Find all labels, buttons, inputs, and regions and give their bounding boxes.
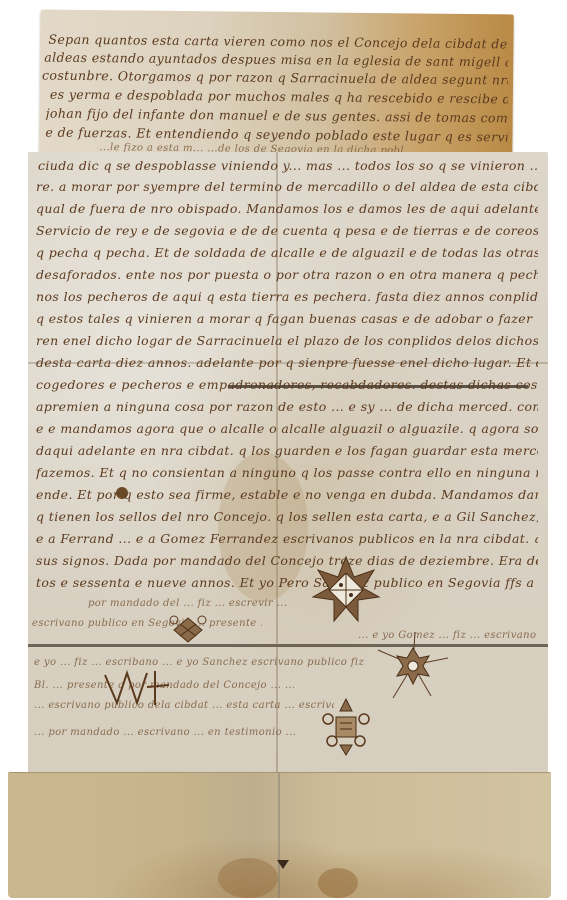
flap-line: es yerma e despoblada por muchos males q…	[50, 87, 508, 107]
subscription-line: ... por mandado ... escrivano ... en tes…	[34, 727, 534, 738]
signum-knot-icon	[166, 612, 210, 648]
signum-star-icon	[311, 555, 381, 625]
flap-line: costunbre. Otorgamos q por razon q Sarra…	[42, 68, 508, 88]
flap-line: Sepan quantos esta carta vieren como nos…	[48, 32, 508, 52]
body-line: ende. Et por q esto sea firme, estable e…	[36, 487, 538, 502]
body-line: qual de fuera de nro obispado. Mandamos …	[36, 201, 538, 216]
body-line: cogedores e pecheros e empadronadores, r…	[36, 377, 538, 392]
body-line: e a Ferrand ... e a Gomez Ferrandez escr…	[36, 531, 538, 546]
plica-fold	[278, 773, 280, 898]
body-line: re. a morar por syempre del termino de m…	[36, 179, 538, 194]
bottom-plica	[8, 772, 551, 898]
flap-line: aldeas estando ayuntados despues misa en…	[44, 50, 508, 70]
signum-spiked-star-icon	[373, 630, 453, 700]
body-line: tos e sessenta e nueve annos. Et yo Pero…	[36, 575, 538, 590]
body-line: desaforados. ente nos por puesta o por o…	[36, 267, 538, 282]
body-line: daqui adelante en nra cibdat. q los guar…	[36, 443, 538, 458]
flap-line: johan fijo del infante don manuel e de s…	[46, 106, 508, 126]
horizontal-tear	[28, 644, 548, 647]
seal-cord-hole	[277, 860, 289, 869]
body-line: ciuda dic q se despoblasse viniendo y...…	[38, 158, 538, 173]
body-line: q pecha q pecha. Et de soldada de alcall…	[36, 245, 538, 260]
body-line: Servicio de rey e de segovia e de de cue…	[36, 223, 538, 238]
signum-cross-loops-icon	[318, 697, 374, 757]
body-line: fazemos. Et q no consientan a ninguno q …	[36, 465, 538, 480]
top-flap: Sepan quantos esta carta vieren como nos…	[39, 10, 513, 158]
charter-body: ciuda dic q se despoblasse viniendo y...…	[28, 152, 548, 777]
body-line: e e mandamos agora que o alcalle o alcal…	[36, 421, 538, 436]
subscription-line: ... escrivano publico dela cibdat ... es…	[34, 700, 334, 711]
plica-stain	[318, 868, 358, 898]
flap-text: Sepan quantos esta carta vieren como nos…	[41, 10, 514, 15]
body-line: sus signos. Dada por mandado del Concejo…	[36, 553, 538, 568]
body-line: desta carta diez annos. adelante por q s…	[36, 355, 538, 370]
body-line: nos los pecheros de aqui q esta tierra e…	[36, 289, 538, 304]
subscription-line: escrivano publico en Segovia ... present…	[32, 618, 262, 629]
subscription-line: por mandado del ... fiz ... escrevir ...	[88, 598, 528, 609]
body-line: ren enel dicho logar de Sarracinuela el …	[36, 333, 538, 348]
plica-stain	[218, 858, 278, 898]
body-line: q estos tales q vinieren a morar q fagan…	[36, 311, 538, 326]
body-line: apremien a ninguna cosa por razon de est…	[36, 399, 538, 414]
monogram-flourish-icon	[103, 667, 173, 707]
body-line: q tienen los sellos del nro Concejo. q l…	[36, 509, 538, 524]
